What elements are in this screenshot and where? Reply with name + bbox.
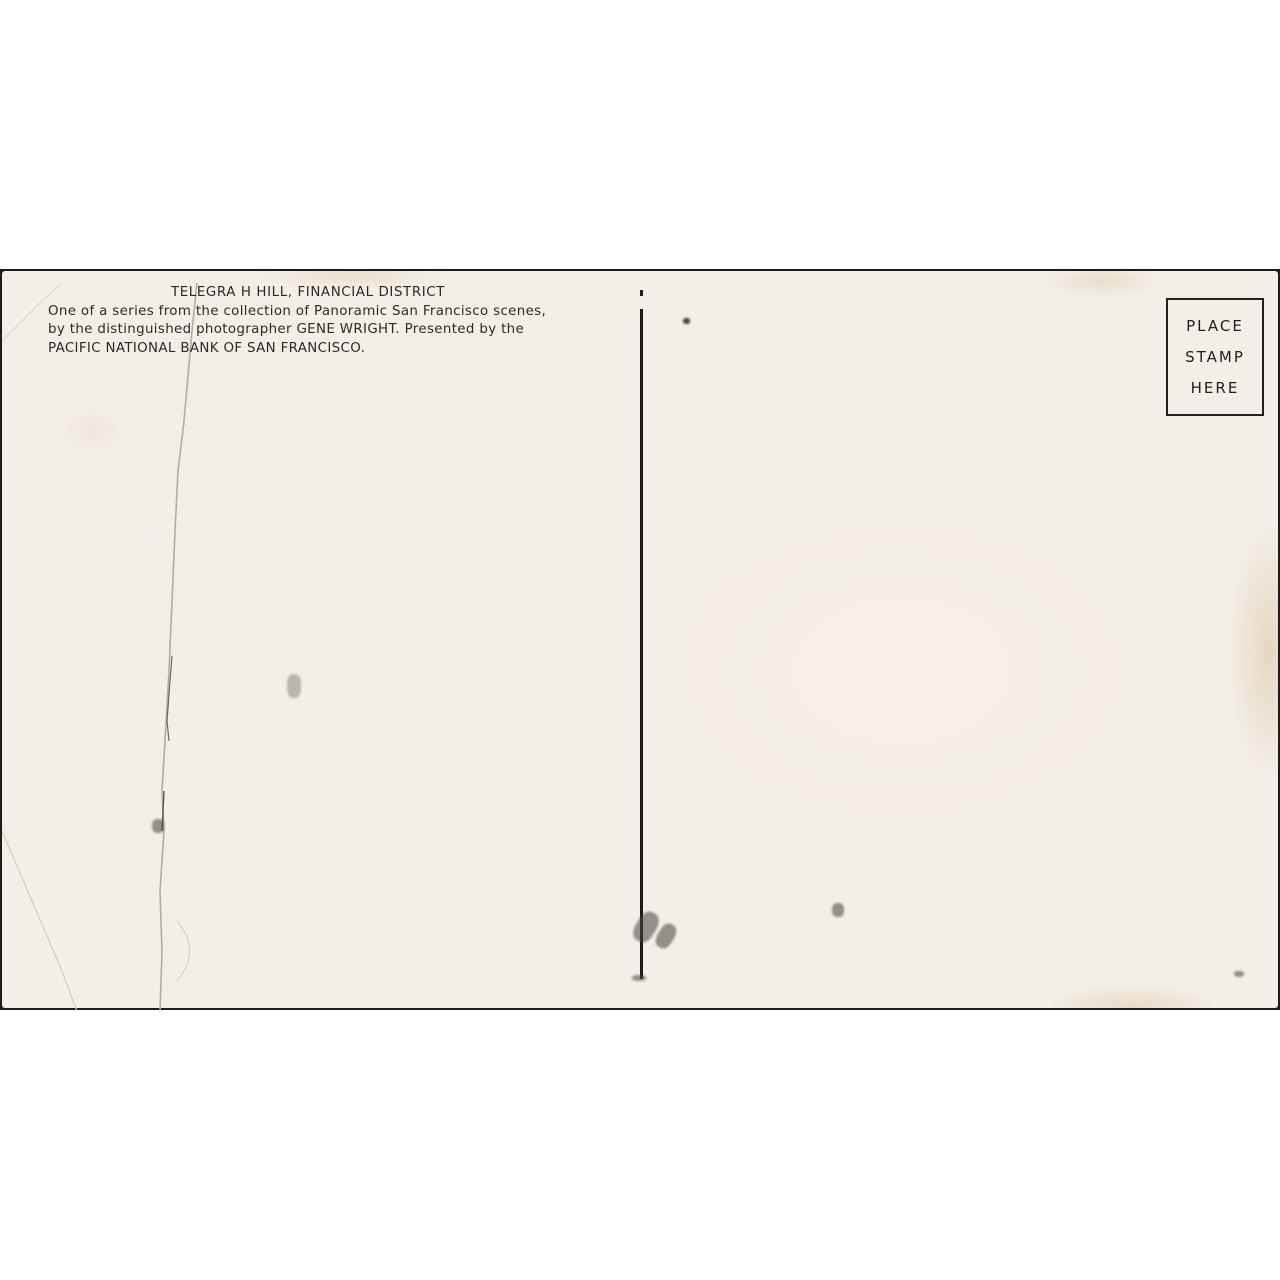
caption-title: TELEGRA H HILL, FINANCIAL DISTRICT xyxy=(8,284,608,303)
pencil-smudge xyxy=(152,819,164,833)
stamp-box: PLACE STAMP HERE xyxy=(1166,298,1264,416)
stamp-box-line-2: STAMP xyxy=(1185,347,1245,368)
pencil-smudge xyxy=(832,903,844,917)
photo-caption: TELEGRA H HILL, FINANCIAL DISTRICT One o… xyxy=(48,284,608,358)
caption-line-1: One of a series from the collection of P… xyxy=(48,303,608,322)
stamp-box-line-1: PLACE xyxy=(1186,316,1244,337)
pencil-smudge xyxy=(632,975,646,981)
postcard-back: TELEGRA H HILL, FINANCIAL DISTRICT One o… xyxy=(2,271,1278,1008)
divider-tick xyxy=(640,290,643,296)
address-divider-line xyxy=(640,309,643,979)
stamp-box-line-3: HERE xyxy=(1191,378,1240,399)
pencil-smudge xyxy=(1234,971,1244,977)
image-canvas: TELEGRA H HILL, FINANCIAL DISTRICT One o… xyxy=(0,0,1280,1280)
caption-line-2: by the distinguished photographer GENE W… xyxy=(48,321,608,340)
caption-line-3: PACIFIC NATIONAL BANK OF SAN FRANCISCO. xyxy=(48,340,608,359)
ink-mark xyxy=(683,318,690,324)
pencil-smudge xyxy=(287,674,301,698)
postcard: TELEGRA H HILL, FINANCIAL DISTRICT One o… xyxy=(0,269,1280,1010)
